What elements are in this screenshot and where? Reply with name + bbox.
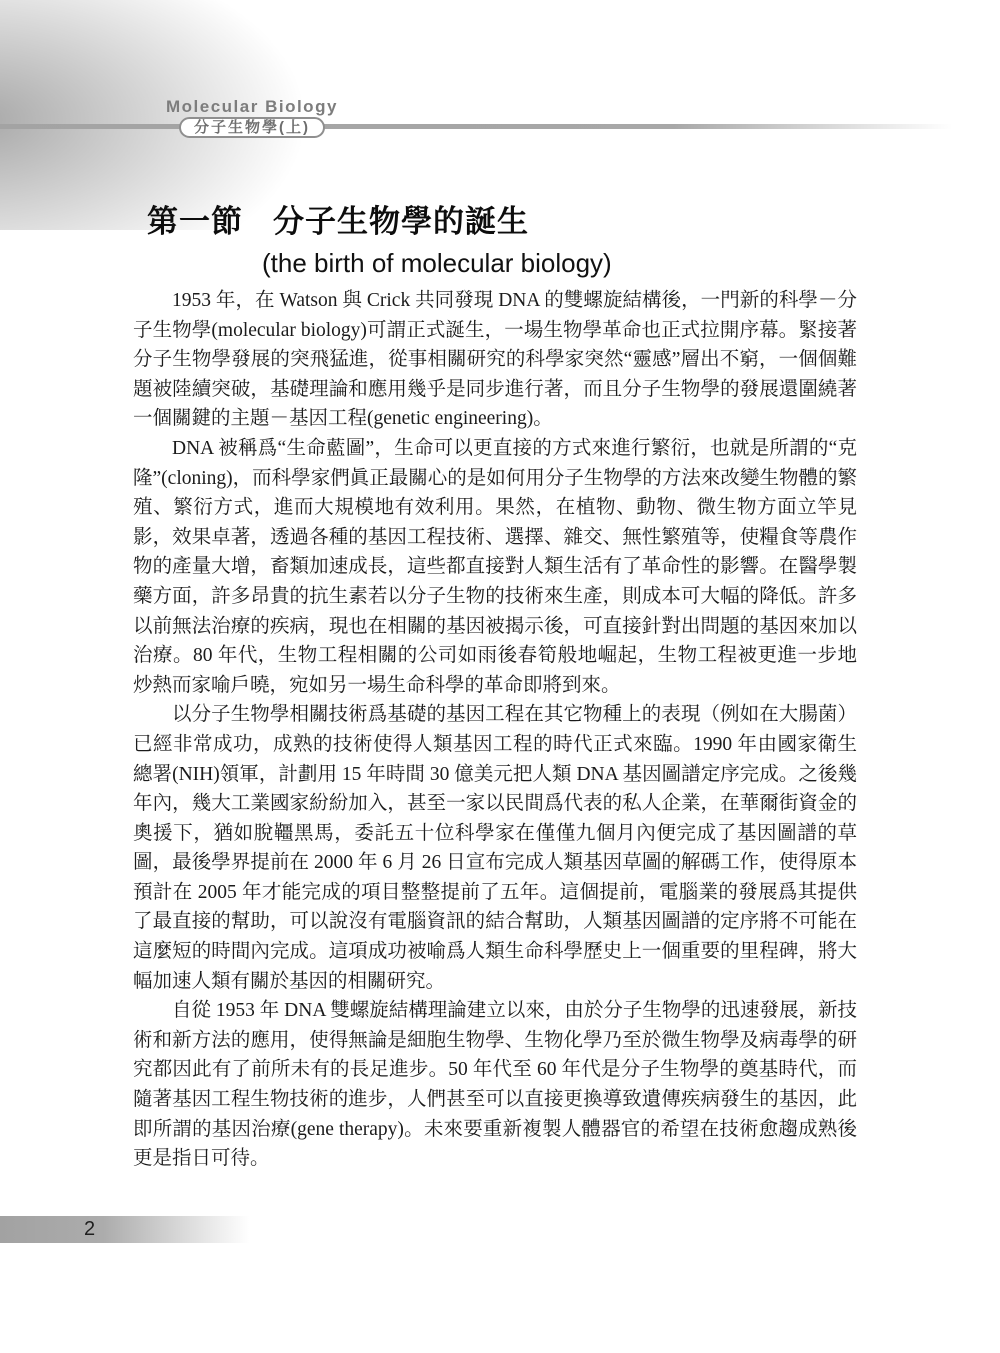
paragraph-1: 1953 年，在 Watson 與 Crick 共同發現 DNA 的雙螺旋結構後…	[133, 286, 857, 434]
header-rule-line	[0, 124, 962, 129]
paragraph-3: 以分子生物學相關技術爲基礎的基因工程在其它物種上的表現（例如在大腸菌）已經非常成…	[133, 700, 857, 996]
brand-title-english: Molecular Biology	[166, 98, 338, 116]
section-title-row: 第一節分子生物學的誕生	[147, 196, 612, 241]
brand-title-chinese-capsule: 分子生物學(上)	[179, 117, 325, 138]
section-number: 第一節	[147, 204, 243, 239]
paragraph-4: 自從 1953 年 DNA 雙螺旋結構理論建立以來，由於分子生物學的迅速發展，新…	[133, 996, 857, 1174]
body-text-block: 1953 年，在 Watson 與 Crick 共同發現 DNA 的雙螺旋結構後…	[133, 286, 857, 1174]
footer-page-bar: 2	[0, 1216, 430, 1243]
paragraph-2: DNA 被稱爲“生命藍圖”，生命可以更直接的方式來進行繁衍，也就是所謂的“克隆”…	[133, 434, 857, 700]
book-page: Molecular Biology 分子生物學(上) 第一節分子生物學的誕生 (…	[0, 0, 1000, 1353]
section-title-english: (the birth of molecular biology)	[262, 248, 612, 279]
page-header-brand: Molecular Biology 分子生物學(上)	[166, 98, 338, 138]
page-number: 2	[84, 1216, 95, 1243]
section-title-chinese: 分子生物學的誕生	[273, 204, 529, 239]
section-title-block: 第一節分子生物學的誕生 (the birth of molecular biol…	[147, 196, 612, 279]
